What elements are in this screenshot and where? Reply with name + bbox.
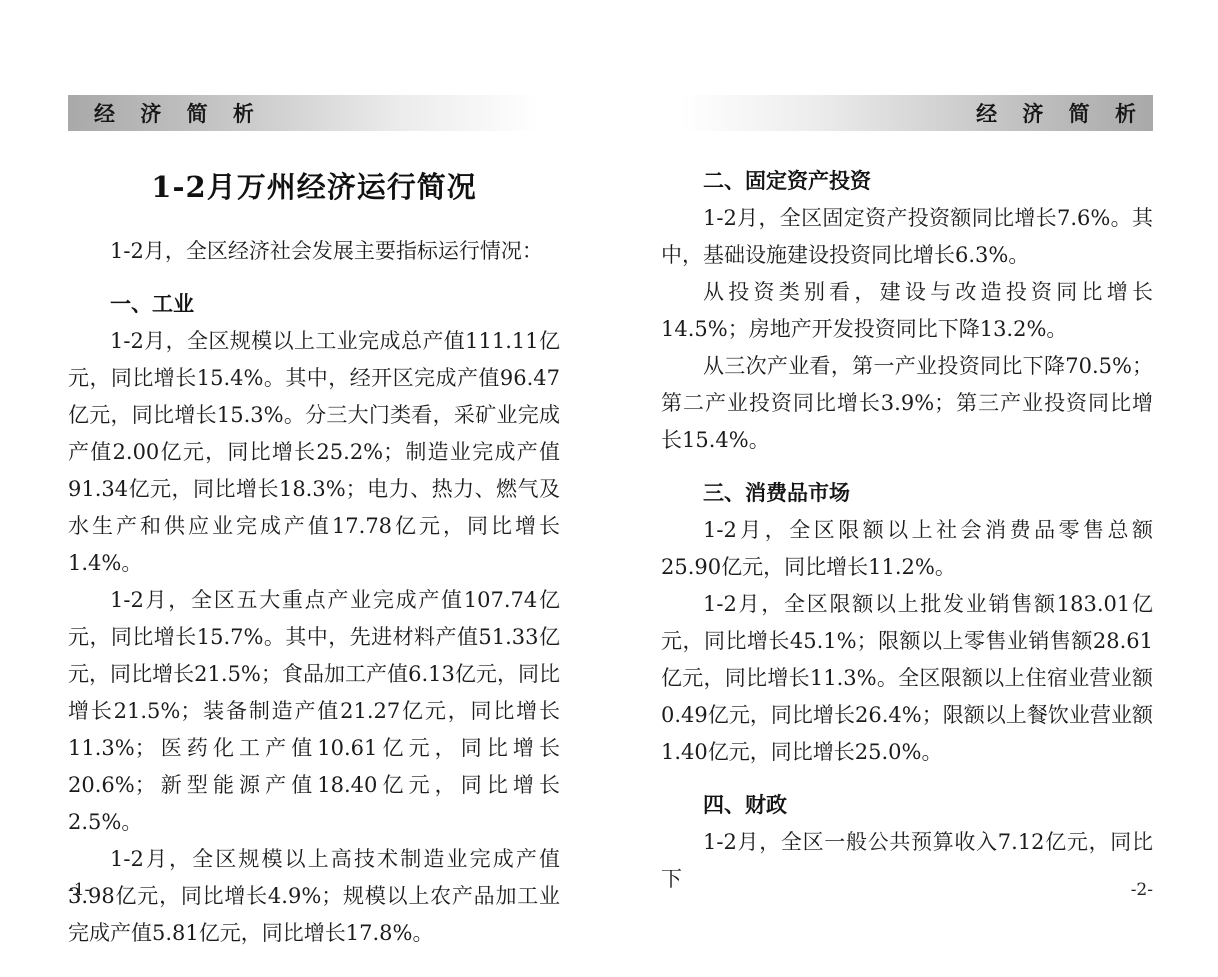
page-2: 经 济 简 析 二、固定资产投资1-2月，全区固定资产投资额同比增长7.6%。其… — [661, 95, 1153, 907]
page-2-content: 二、固定资产投资1-2月，全区固定资产投资额同比增长7.6%。其中，基础设施建设… — [661, 131, 1153, 898]
body-paragraph: 1-2月，全区规模以上高技术制造业完成产值3.98亿元，同比增长4.9%；规模以… — [68, 841, 560, 952]
body-paragraph: 1-2月，全区五大重点产业完成产值107.74亿元，同比增长15.7%。其中，先… — [68, 582, 560, 841]
section-heading: 一、工业 — [68, 286, 560, 323]
page-1-number: -1- — [68, 880, 90, 900]
page-2-header-label: 经 济 简 析 — [976, 98, 1153, 128]
body-paragraph: 从投资类别看，建设与改造投资同比增长14.5%；房地产开发投资同比下降13.2%… — [661, 274, 1153, 348]
section-heading: 三、消费品市场 — [661, 475, 1153, 512]
page-1-content: 1-2月，全区经济社会发展主要指标运行情况：一、工业1-2月，全区规模以上工业完… — [68, 233, 560, 952]
body-paragraph: 1-2月，全区限额以上批发业销售额183.01亿元，同比增长45.1%；限额以上… — [661, 586, 1153, 771]
body-paragraph: 1-2月，全区一般公共预算收入7.12亿元，同比下 — [661, 824, 1153, 898]
document-sheet: 经 济 简 析 1-2月万州经济运行简况 1-2月，全区经济社会发展主要指标运行… — [0, 0, 1218, 977]
body-paragraph: 1-2月，全区经济社会发展主要指标运行情况： — [68, 233, 560, 270]
page-1-header-bar: 经 济 简 析 — [68, 95, 560, 131]
section-heading: 四、财政 — [661, 787, 1153, 824]
page-1-header-label: 经 济 简 析 — [68, 98, 263, 128]
body-paragraph: 从三次产业看，第一产业投资同比下降70.5%；第二产业投资同比增长3.9%；第三… — [661, 348, 1153, 459]
section-heading: 二、固定资产投资 — [661, 163, 1153, 200]
page-2-header-bar: 经 济 简 析 — [661, 95, 1153, 131]
document-title: 1-2月万州经济运行简况 — [68, 167, 560, 207]
body-paragraph: 1-2月，全区固定资产投资额同比增长7.6%。其中，基础设施建设投资同比增长6.… — [661, 200, 1153, 274]
body-paragraph: 1-2月，全区规模以上工业完成总产值111.11亿元，同比增长15.4%。其中，… — [68, 323, 560, 582]
body-paragraph: 1-2月，全区限额以上社会消费品零售总额25.90亿元，同比增长11.2%。 — [661, 512, 1153, 586]
page-2-number: -2- — [1131, 880, 1153, 900]
page-1: 经 济 简 析 1-2月万州经济运行简况 1-2月，全区经济社会发展主要指标运行… — [68, 95, 560, 907]
